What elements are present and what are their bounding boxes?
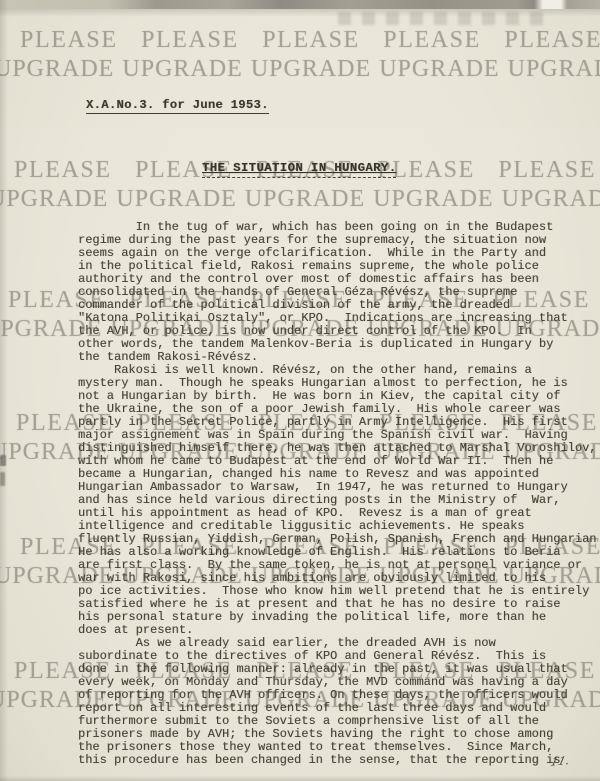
scan-edge-mark xyxy=(0,455,6,466)
watermark-word: UPGRADE xyxy=(502,187,600,212)
watermark-word: UPGRADE xyxy=(116,187,236,212)
handwritten-page-number: 11. xyxy=(549,753,571,769)
watermark-word: PLEASE xyxy=(504,28,600,53)
watermark-word: UPGRADE xyxy=(245,187,365,212)
document-title: THE SITUATION IN HUNGARY. xyxy=(202,161,396,178)
watermark-word: UPGRADE xyxy=(379,57,499,82)
watermark-word: UPGRADE xyxy=(122,57,242,82)
watermark-word: PLEASE xyxy=(20,28,118,53)
watermark-word: UPGRADE xyxy=(0,57,114,82)
ink-bleed-smudge xyxy=(338,12,553,25)
watermark-word: UPGRADE xyxy=(251,57,371,82)
watermark-upgrade-row: UPGRADEUPGRADEUPGRADEUPGRADEUPGRADE xyxy=(0,187,600,212)
watermark-please-row: PLEASEPLEASEPLEASEPLEASEPLEASE xyxy=(0,28,600,53)
scan-top-edge xyxy=(0,0,600,9)
reference-heading: X.A.No.3. for June 1953. xyxy=(86,98,269,114)
watermark-word: PLEASE xyxy=(383,28,481,53)
watermark-word: PLEASE xyxy=(141,28,239,53)
document-body: In the tug of war, which has been going … xyxy=(78,221,596,767)
watermark-row-pair: PLEASEPLEASEPLEASEPLEASEPLEASE UPGRADEUP… xyxy=(0,28,600,82)
scan-edge-mark xyxy=(0,472,5,486)
watermark-word: UPGRADE xyxy=(0,187,108,212)
watermark-upgrade-row: UPGRADEUPGRADEUPGRADEUPGRADEUPGRADE xyxy=(0,57,600,82)
scan-bottom-edge-shadow xyxy=(0,776,600,781)
watermark-word: UPGRADE xyxy=(373,187,493,212)
scan-left-edge-shadow xyxy=(0,0,8,781)
watermark-word: PLEASE xyxy=(262,28,360,53)
body-line: this procedure has been changed in the s… xyxy=(78,754,596,767)
scanned-document-page: PLEASEPLEASEPLEASEPLEASEPLEASE UPGRADEUP… xyxy=(0,0,600,781)
watermark-word: UPGRADE xyxy=(508,57,600,82)
